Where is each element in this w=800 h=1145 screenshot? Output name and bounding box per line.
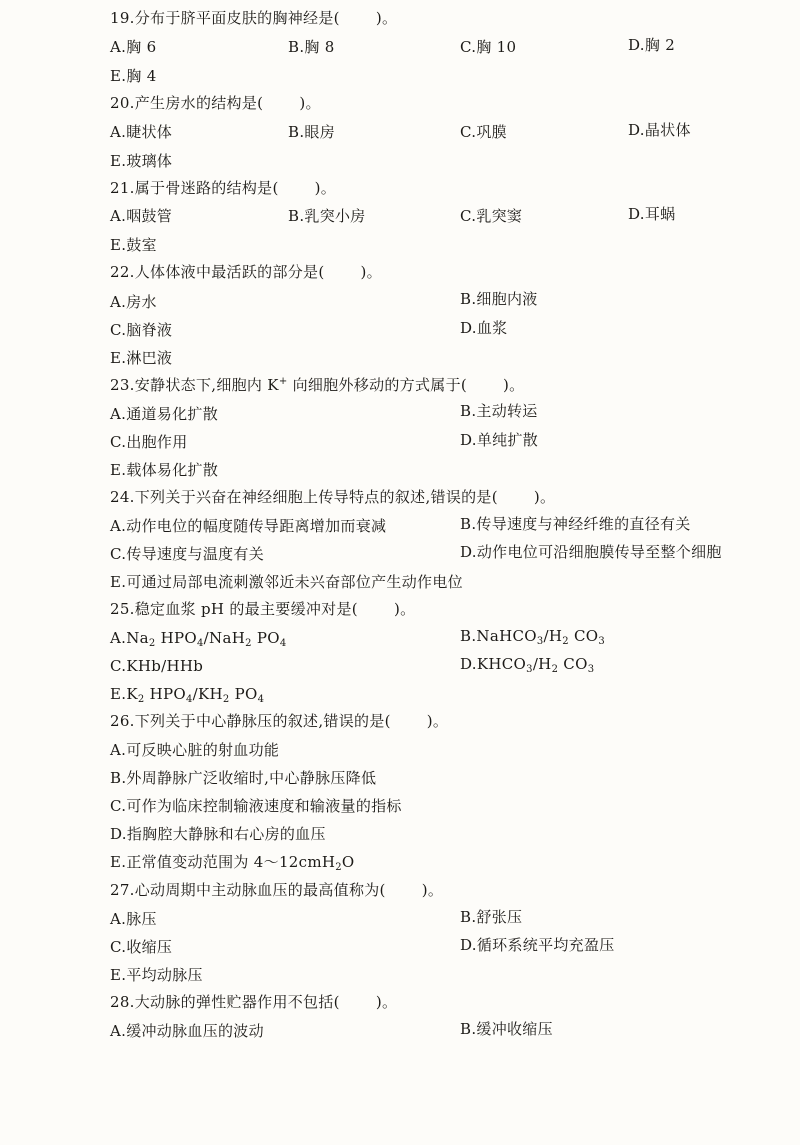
question-stem-text: 21.属于骨迷路的结构是( bbox=[110, 179, 279, 197]
q19-option-c: C.胸 10 bbox=[460, 37, 516, 57]
q20-option-d: D.晶状体 bbox=[628, 120, 691, 140]
q25-option-d: D.KHCO3/H2 CO3 bbox=[460, 654, 594, 674]
q27-option-c: C.收缩压 bbox=[110, 937, 172, 957]
q25-option-c: C.KHb/HHb bbox=[110, 656, 203, 676]
question-stem-end: )。 bbox=[503, 376, 524, 394]
q26-option-a: A.可反映心脏的射血功能 bbox=[110, 740, 279, 760]
question-27-stem: 27.心动周期中主动脉血压的最高值称为()。 bbox=[110, 880, 443, 900]
q24-option-b: B.传导速度与神经纤维的直径有关 bbox=[460, 514, 691, 534]
question-24-stem: 24.下列关于兴奋在神经细胞上传导特点的叙述,错误的是()。 bbox=[110, 487, 555, 507]
question-19-stem: 19.分布于脐平面皮肤的胸神经是()。 bbox=[110, 8, 397, 28]
question-stem-text: 26.下列关于中心静脉压的叙述,错误的是( bbox=[110, 712, 391, 730]
question-stem-text: 23.安静状态下,细胞内 K bbox=[110, 376, 279, 394]
q23-option-b: B.主动转运 bbox=[460, 401, 538, 421]
q22-option-b: B.细胞内液 bbox=[460, 289, 538, 309]
q19-option-a: A.胸 6 bbox=[110, 37, 156, 57]
q22-option-e: E.淋巴液 bbox=[110, 348, 172, 368]
question-stem-end: )。 bbox=[361, 263, 382, 281]
q26-option-e: E.正常值变动范围为 4～12cmH2O bbox=[110, 852, 355, 872]
q24-option-d: D.动作电位可沿细胞膜传导至整个细胞 bbox=[460, 542, 722, 562]
q19-option-d: D.胸 2 bbox=[628, 35, 675, 55]
q23-option-e: E.载体易化扩散 bbox=[110, 460, 218, 480]
q21-option-c: C.乳突窦 bbox=[460, 206, 522, 226]
q22-option-d: D.血浆 bbox=[460, 318, 507, 338]
q27-option-b: B.舒张压 bbox=[460, 907, 522, 927]
q19-option-b: B.胸 8 bbox=[288, 37, 335, 57]
q27-option-e: E.平均动脉压 bbox=[110, 965, 203, 985]
question-stem-end: )。 bbox=[376, 9, 397, 27]
question-stem-text: 24.下列关于兴奋在神经细胞上传导特点的叙述,错误的是( bbox=[110, 488, 498, 506]
q21-option-a: A.咽鼓管 bbox=[110, 206, 172, 226]
question-25-stem: 25.稳定血浆 pH 的最主要缓冲对是()。 bbox=[110, 599, 415, 619]
q26-option-d: D.指胸腔大静脉和右心房的血压 bbox=[110, 824, 326, 844]
question-stem-text: 25.稳定血浆 pH 的最主要缓冲对是( bbox=[110, 600, 358, 618]
q23-option-d: D.单纯扩散 bbox=[460, 430, 538, 450]
question-stem-end: )。 bbox=[534, 488, 555, 506]
q27-option-a: A.脉压 bbox=[110, 909, 157, 929]
q24-option-e: E.可通过局部电流刺激邻近未兴奋部位产生动作电位 bbox=[110, 572, 463, 592]
question-stem-end: )。 bbox=[299, 94, 320, 112]
question-21-stem: 21.属于骨迷路的结构是()。 bbox=[110, 178, 336, 198]
q19-option-e: E.胸 4 bbox=[110, 66, 157, 86]
q24-option-a: A.动作电位的幅度随传导距离增加而衰减 bbox=[110, 516, 386, 536]
question-stem-end: )。 bbox=[315, 179, 336, 197]
q20-option-e: E.玻璃体 bbox=[110, 151, 172, 171]
question-stem-text: 19.分布于脐平面皮肤的胸神经是( bbox=[110, 9, 340, 27]
q20-option-b: B.眼房 bbox=[288, 122, 335, 142]
question-stem-text: 22.人体体液中最活跃的部分是( bbox=[110, 263, 325, 281]
question-stem-end: )。 bbox=[394, 600, 415, 618]
q20-option-c: C.巩膜 bbox=[460, 122, 507, 142]
q23-option-c: C.出胞作用 bbox=[110, 432, 188, 452]
question-stem-text: 20.产生房水的结构是( bbox=[110, 94, 263, 112]
q20-option-a: A.睫状体 bbox=[110, 122, 172, 142]
superscript-charge: + bbox=[279, 376, 288, 387]
q25-option-a: A.Na2 HPO4/NaH2 PO4 bbox=[110, 628, 286, 648]
q27-option-d: D.循环系统平均充盈压 bbox=[460, 935, 615, 955]
question-stem-end: )。 bbox=[422, 881, 443, 899]
q22-option-a: A.房水 bbox=[110, 292, 157, 312]
q26-option-c: C.可作为临床控制输液速度和输液量的指标 bbox=[110, 796, 402, 816]
question-stem-text: 27.心动周期中主动脉血压的最高值称为( bbox=[110, 881, 386, 899]
exam-page: 19.分布于脐平面皮肤的胸神经是()。 A.胸 6 B.胸 8 C.胸 10 D… bbox=[0, 0, 800, 1145]
q25-option-e: E.K2 HPO4/KH2 PO4 bbox=[110, 684, 264, 704]
question-stem-end: )。 bbox=[427, 712, 448, 730]
q21-option-d: D.耳蜗 bbox=[628, 204, 675, 224]
q26-option-b: B.外周静脉广泛收缩时,中心静脉压降低 bbox=[110, 768, 376, 788]
question-23-stem: 23.安静状态下,细胞内 K+ 向细胞外移动的方式属于()。 bbox=[110, 375, 524, 395]
q28-option-a: A.缓冲动脉血压的波动 bbox=[110, 1021, 264, 1041]
question-28-stem: 28.大动脉的弹性贮器作用不包括()。 bbox=[110, 992, 397, 1012]
question-stem-text-cont: 向细胞外移动的方式属于( bbox=[288, 376, 468, 394]
q22-option-c: C.脑脊液 bbox=[110, 320, 172, 340]
q21-option-b: B.乳突小房 bbox=[288, 206, 366, 226]
question-26-stem: 26.下列关于中心静脉压的叙述,错误的是()。 bbox=[110, 711, 448, 731]
q21-option-e: E.鼓室 bbox=[110, 235, 157, 255]
question-22-stem: 22.人体体液中最活跃的部分是()。 bbox=[110, 262, 382, 282]
q24-option-c: C.传导速度与温度有关 bbox=[110, 544, 264, 564]
question-stem-text: 28.大动脉的弹性贮器作用不包括( bbox=[110, 993, 340, 1011]
question-20-stem: 20.产生房水的结构是()。 bbox=[110, 93, 321, 113]
question-stem-end: )。 bbox=[376, 993, 397, 1011]
q28-option-b: B.缓冲收缩压 bbox=[460, 1019, 553, 1039]
q25-option-b: B.NaHCO3/H2 CO3 bbox=[460, 626, 605, 646]
q23-option-a: A.通道易化扩散 bbox=[110, 404, 218, 424]
